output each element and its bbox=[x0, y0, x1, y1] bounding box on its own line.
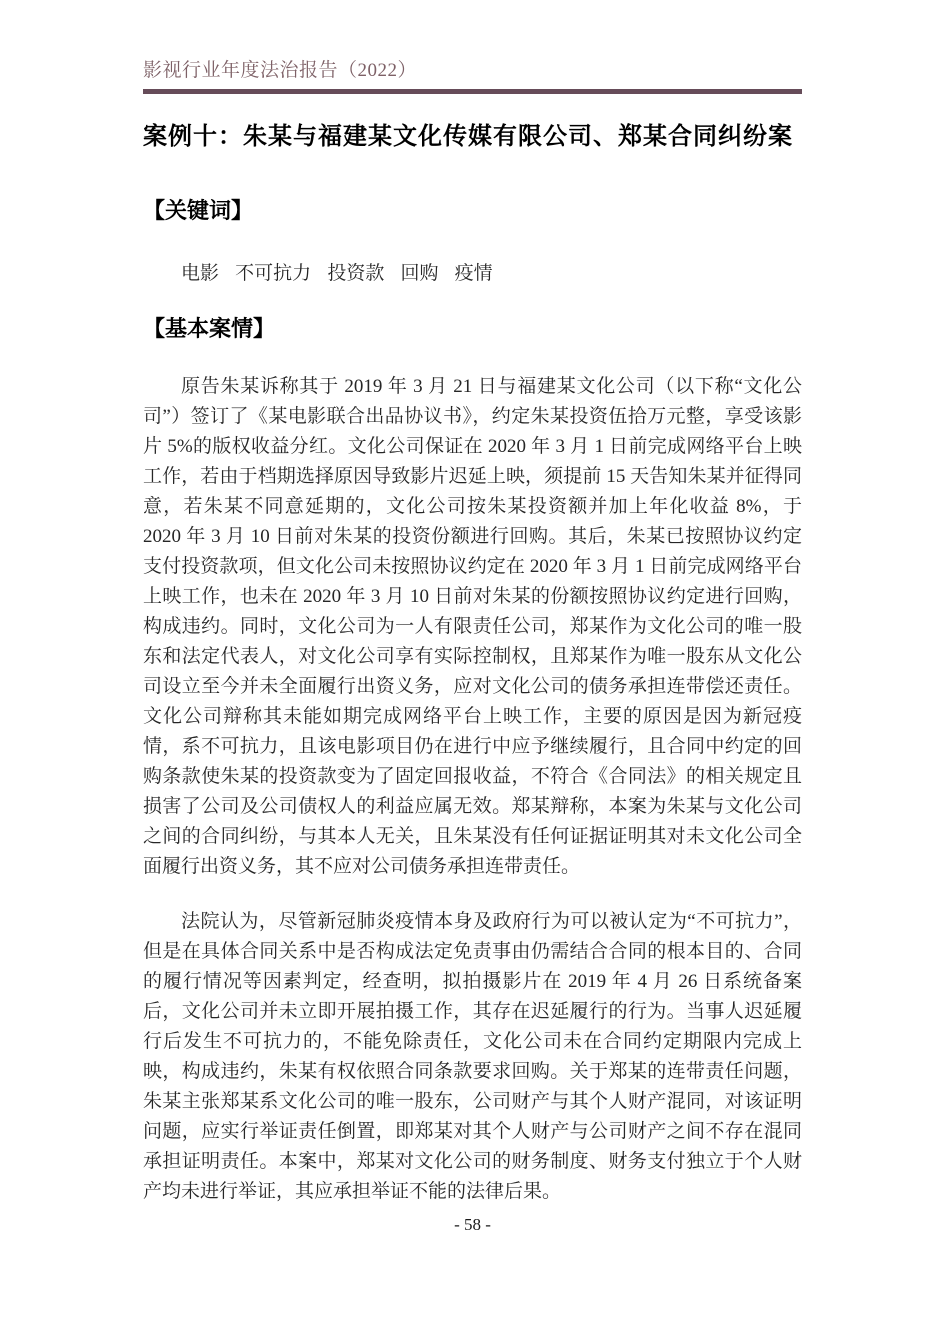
facts-paragraph: 法院认为，尽管新冠肺炎疫情本身及政府行为可以被认定为“不可抗力”，但是在具体合同… bbox=[143, 907, 802, 1207]
facts-section-heading: 【基本案情】 bbox=[143, 316, 802, 342]
page-content: 影视行业年度法治报告（2022） 案例十：朱某与福建某文化传媒有限公司、郑某合同… bbox=[0, 0, 945, 1207]
case-title: 案例十：朱某与福建某文化传媒有限公司、郑某合同纠纷案 bbox=[143, 121, 802, 153]
keywords-section-heading: 【关键词】 bbox=[143, 198, 802, 224]
facts-body: 原告朱某诉称其于 2019 年 3 月 21 日与福建某文化公司（以下称“文化公… bbox=[143, 372, 802, 1207]
report-header-title: 影视行业年度法治报告（2022） bbox=[143, 58, 802, 84]
header-rule-divider bbox=[143, 89, 802, 94]
facts-paragraph: 原告朱某诉称其于 2019 年 3 月 21 日与福建某文化公司（以下称“文化公… bbox=[143, 372, 802, 882]
keyword-item: 疫情 bbox=[455, 263, 493, 284]
keyword-item: 投资款 bbox=[327, 263, 384, 284]
document-page: 影视行业年度法治报告（2022） 案例十：朱某与福建某文化传媒有限公司、郑某合同… bbox=[0, 0, 945, 1336]
page-number: - 58 - bbox=[0, 1214, 945, 1236]
keyword-item: 电影 bbox=[181, 263, 219, 284]
keyword-item: 回购 bbox=[400, 263, 438, 284]
keyword-item: 不可抗力 bbox=[235, 263, 311, 284]
keywords-line: 电影 不可抗力 投资款 回购 疫情 bbox=[143, 261, 802, 287]
